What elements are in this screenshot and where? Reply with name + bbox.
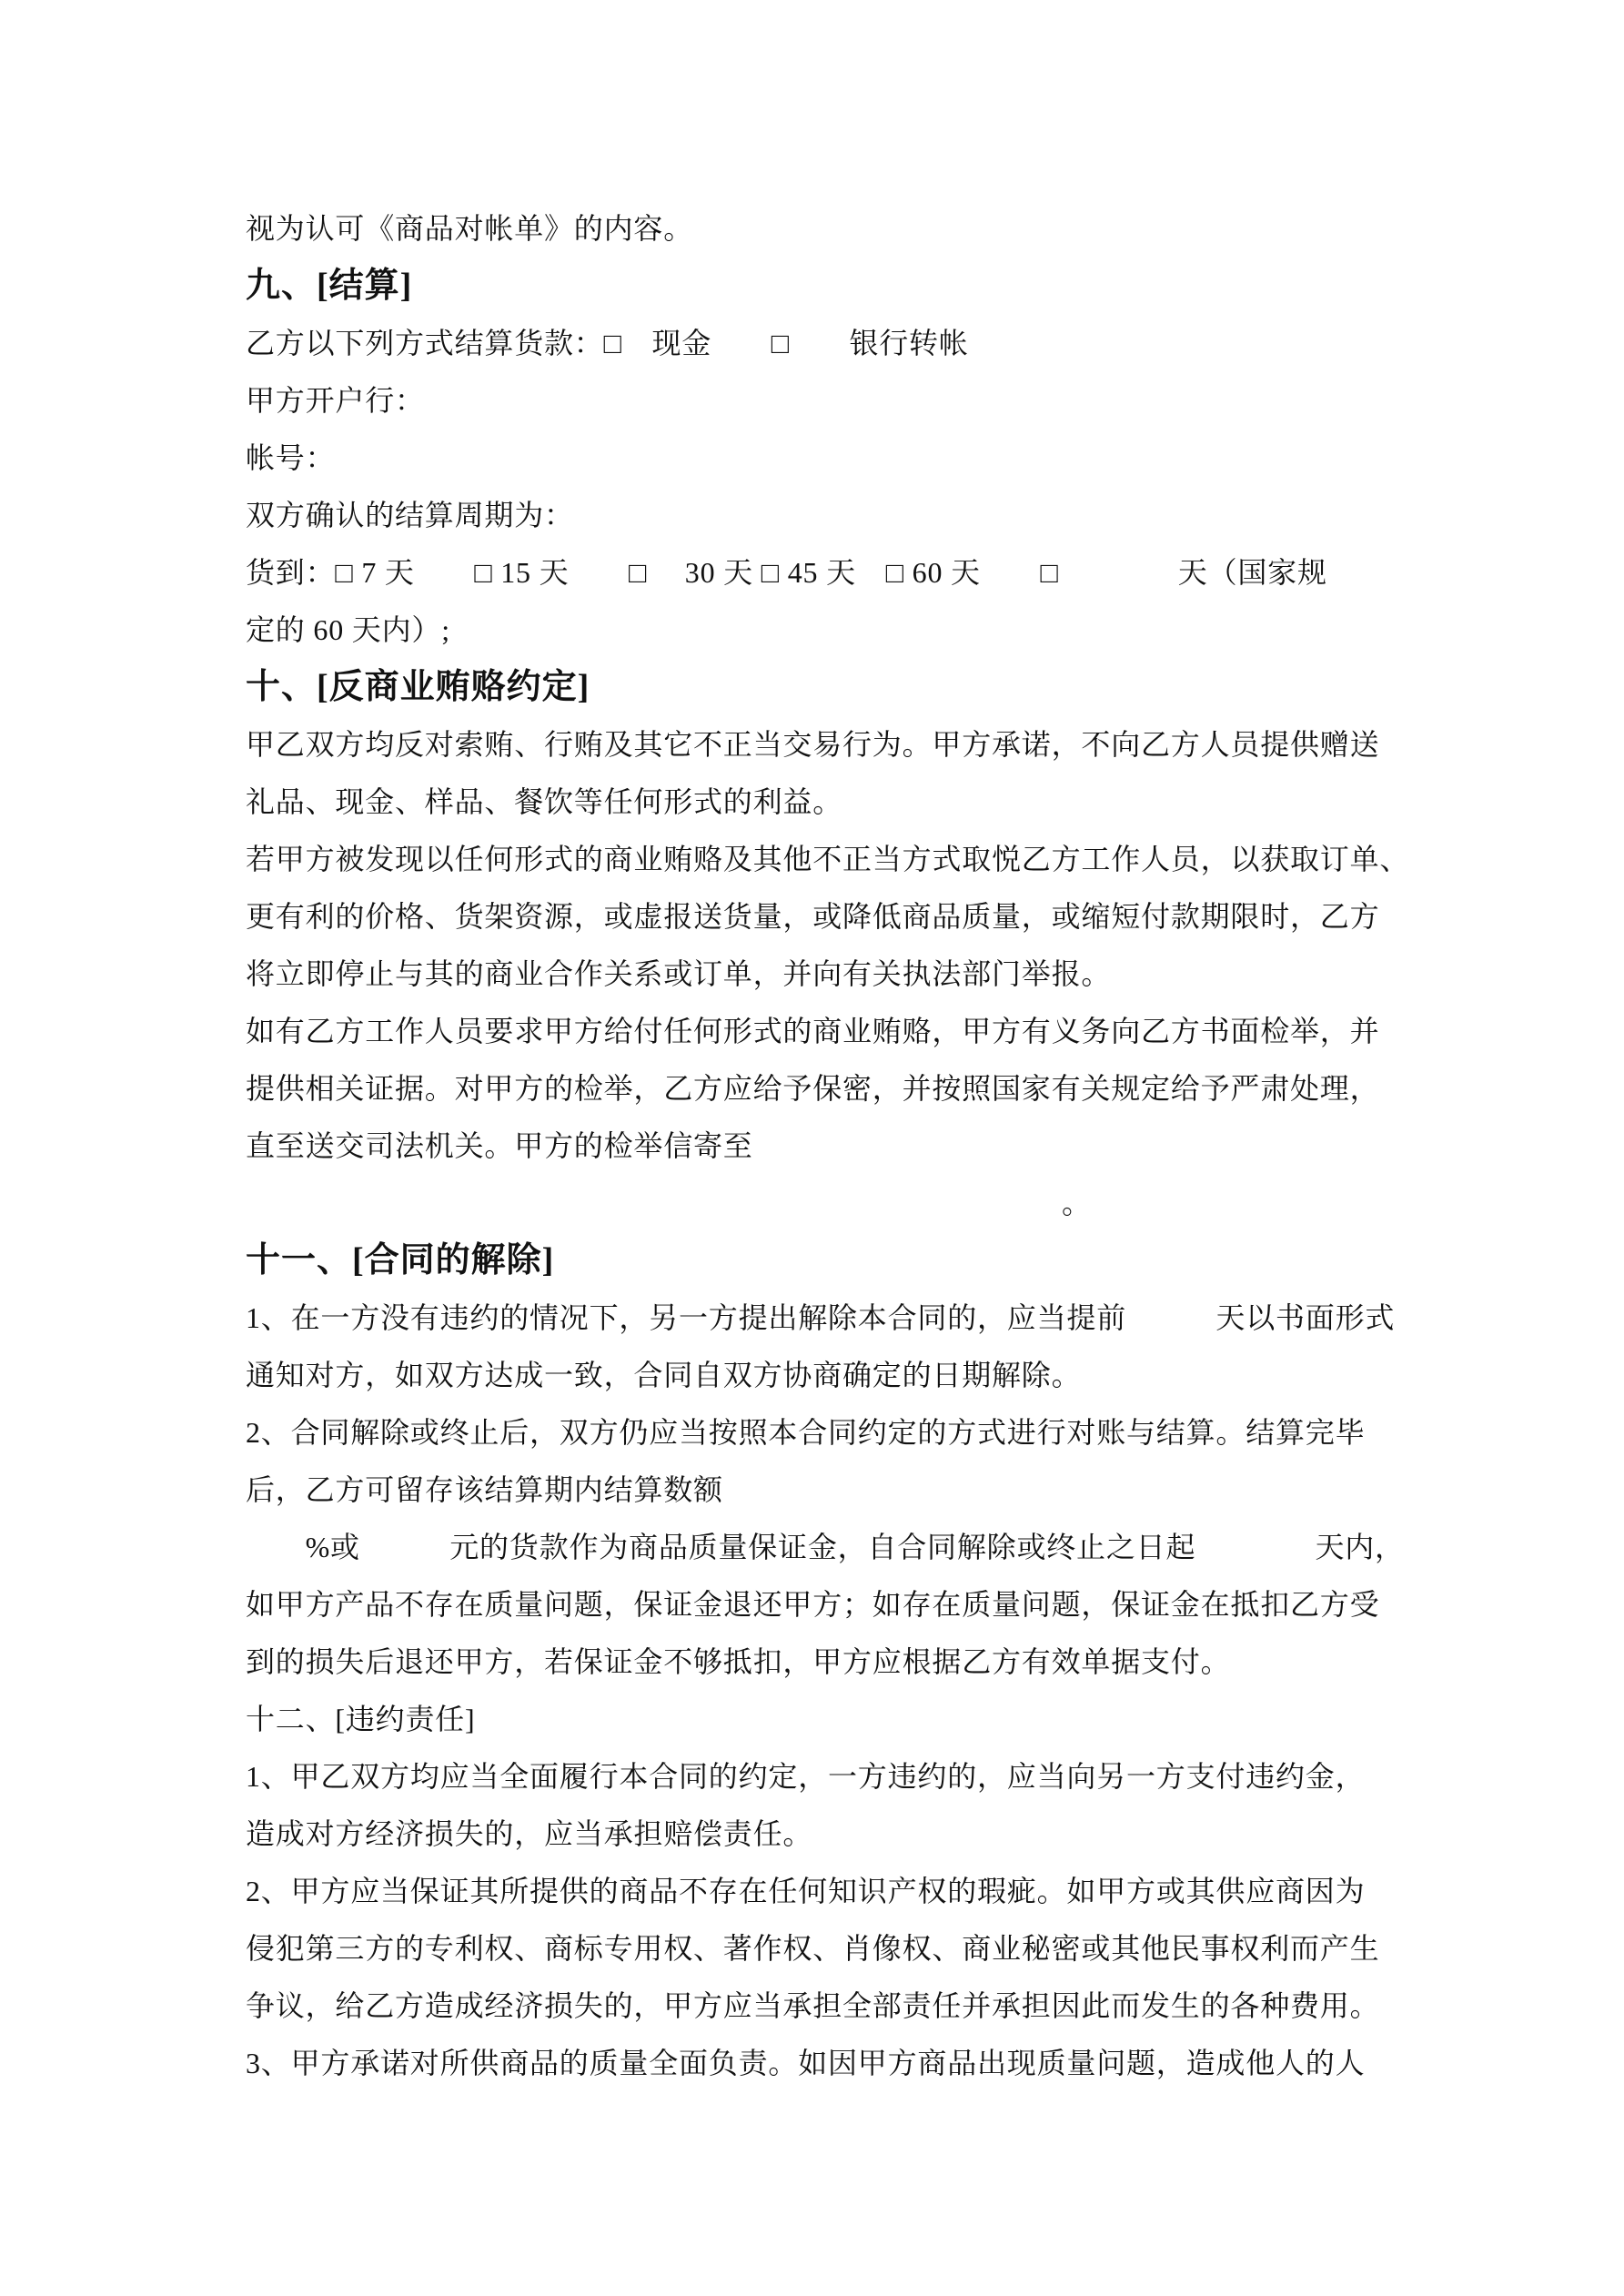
section-heading: 九、[结算] xyxy=(246,258,1383,315)
text-line: 甲乙双方均反对索贿、行贿及其它不正当交易行为。甲方承诺，不向乙方人员提供赠送 xyxy=(246,716,1383,774)
document-body: 视为认可《商品对帐单》的内容。九、[结算]乙方以下列方式结算货款：□ 现金 □ … xyxy=(246,200,1383,2092)
text-line: 到的损失后退还甲方，若保证金不够抵扣，甲方应根据乙方有效单据支付。 xyxy=(246,1633,1383,1691)
text-line: 帐号： xyxy=(246,430,1383,487)
text-line: 如有乙方工作人员要求甲方给付任何形式的商业贿赂，甲方有义务向乙方书面检举，并 xyxy=(246,1003,1383,1060)
text-line: 直至送交司法机关。甲方的检举信寄至 xyxy=(246,1118,1383,1175)
text-line: 3、甲方承诺对所供商品的质量全面负责。如因甲方商品出现质量问题，造成他人的人 xyxy=(246,2035,1383,2092)
text-line: 视为认可《商品对帐单》的内容。 xyxy=(246,200,1383,258)
section-heading: 十一、[合同的解除] xyxy=(246,1232,1383,1290)
text-line: %或 元的货款作为商品质量保证金，自合同解除或终止之日起 天内， xyxy=(246,1519,1383,1576)
text-line: 甲方开户行： xyxy=(246,372,1383,430)
section-heading: 十、[反商业贿赂约定] xyxy=(246,659,1383,716)
text-line: 争议，给乙方造成经济损失的，甲方应当承担全部责任并承担因此而发生的各种费用。 xyxy=(246,1977,1383,2035)
text-line: 1、甲乙双方均应当全面履行本合同的约定，一方违约的，应当向另一方支付违约金， xyxy=(246,1748,1383,1805)
text-line: 侵犯第三方的专利权、商标专用权、著作权、肖像权、商业秘密或其他民事权利而产生 xyxy=(246,1920,1383,1977)
text-line: 十二、[违约责任] xyxy=(246,1691,1383,1748)
document-page: 视为认可《商品对帐单》的内容。九、[结算]乙方以下列方式结算货款：□ 现金 □ … xyxy=(0,0,1624,2296)
text-line: 如甲方产品不存在质量问题，保证金退还甲方；如存在质量问题，保证金在抵扣乙方受 xyxy=(246,1576,1383,1633)
text-line: 造成对方经济损失的，应当承担赔偿责任。 xyxy=(246,1805,1383,1863)
text-line: 2、甲方应当保证其所提供的商品不存在任何知识产权的瑕疵。如甲方或其供应商因为 xyxy=(246,1863,1383,1920)
text-line: 若甲方被发现以任何形式的商业贿赂及其他不正当方式取悦乙方工作人员，以获取订单、 xyxy=(246,831,1383,888)
text-line: 货到：□ 7 天 □ 15 天 □ 30 天 □ 45 天 □ 60 天 □ 天… xyxy=(246,544,1383,602)
text-line: 双方确认的结算周期为： xyxy=(246,487,1383,544)
text-line: 后，乙方可留存该结算期内结算数额 xyxy=(246,1462,1383,1519)
text-line: 。 xyxy=(246,1175,1383,1232)
text-line: 定的 60 天内）; xyxy=(246,602,1383,659)
text-line: 2、合同解除或终止后，双方仍应当按照本合同约定的方式进行对账与结算。结算完毕 xyxy=(246,1404,1383,1462)
text-line: 将立即停止与其的商业合作关系或订单，并向有关执法部门举报。 xyxy=(246,946,1383,1003)
text-line: 更有利的价格、货架资源，或虚报送货量，或降低商品质量，或缩短付款期限时，乙方 xyxy=(246,888,1383,946)
text-line: 乙方以下列方式结算货款：□ 现金 □ 银行转帐 xyxy=(246,315,1383,372)
text-line: 1、在一方没有违约的情况下，另一方提出解除本合同的，应当提前 天以书面形式 xyxy=(246,1290,1383,1347)
text-line: 礼品、现金、样品、餐饮等任何形式的利益。 xyxy=(246,774,1383,831)
text-line: 通知对方，如双方达成一致，合同自双方协商确定的日期解除。 xyxy=(246,1347,1383,1404)
text-line: 提供相关证据。对甲方的检举，乙方应给予保密，并按照国家有关规定给予严肃处理， xyxy=(246,1060,1383,1118)
